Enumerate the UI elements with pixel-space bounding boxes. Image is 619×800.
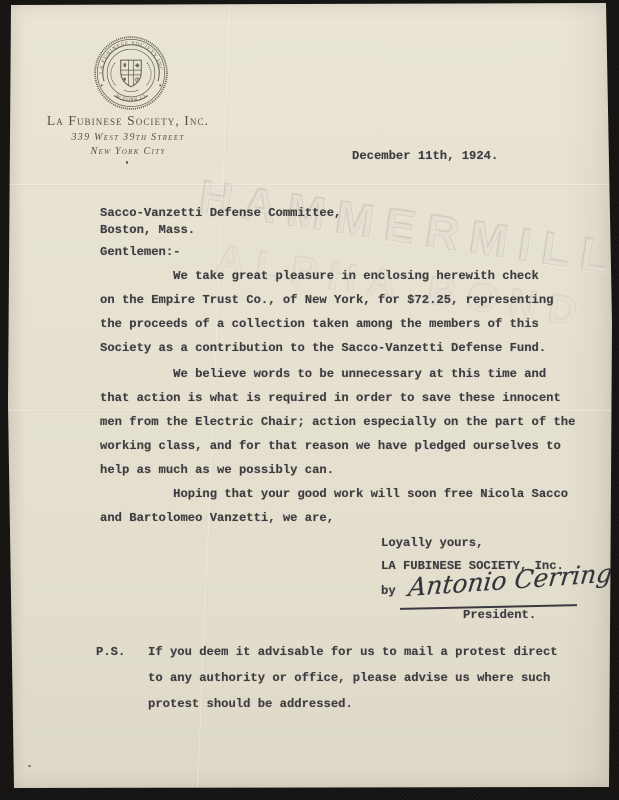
paper-speck (28, 765, 31, 767)
letter-paper: HAMMERMILL ALPHA BOND (8, 3, 613, 788)
signer-title: President. (463, 608, 536, 623)
recipient-address: Sacco-Vanzetti Defense Committee, Boston… (100, 205, 341, 238)
postscript-text: If you deem it advisable for us to mail … (148, 639, 558, 717)
postscript-label: P.S. (96, 639, 125, 665)
salutation: Gentlemen:- (100, 245, 180, 260)
society-seal-icon: LA FUBINESE SOCIETY INC. NEW YORK CITY (92, 35, 170, 111)
seal-separator-star-left (101, 84, 103, 86)
seal-scroll (124, 90, 138, 92)
letter-date: December 11th, 1924. (352, 149, 498, 164)
seal-quadrant-star (135, 63, 140, 68)
letterhead-street: 339 West 39th Street (14, 132, 242, 143)
signature-by-label: by (381, 584, 396, 599)
paper-speck (126, 161, 128, 164)
seal-laurel-right (146, 63, 151, 86)
seal-beaded-rim (95, 37, 167, 109)
seal-laurel-left (111, 63, 116, 86)
seal-quadrant-emblem (124, 63, 126, 66)
seal-separator-star-right (159, 84, 161, 86)
letterhead: La Fubinese Society, Inc. 339 West 39th … (14, 113, 242, 157)
closing-valediction: Loyally yours, (381, 536, 483, 551)
body-paragraph-3: Hoping that your good work will soon fre… (100, 482, 568, 530)
body-paragraph-2: We believe words to be unnecessary at th… (100, 362, 575, 482)
body-paragraph-1: We take great pleasure in enclosing here… (100, 264, 553, 360)
letterhead-city: New York City (14, 146, 242, 157)
letterhead-org-name: La Fubinese Society, Inc. (14, 113, 242, 129)
fold-crease-horizontal-top (8, 184, 613, 186)
